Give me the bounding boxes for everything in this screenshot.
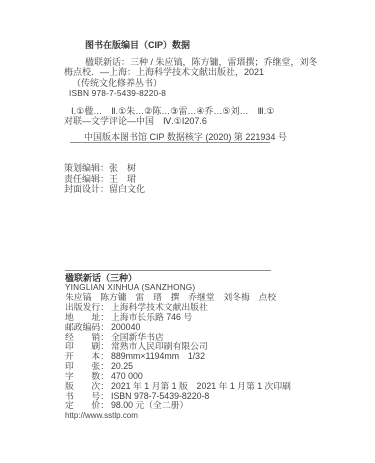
- publisher-website: http://www.sstlp.com: [65, 411, 291, 421]
- classification-line1: Ⅰ.①楹… Ⅱ.①朱…②陈…③雷…④乔…⑤刘… Ⅲ.①: [71, 106, 274, 116]
- colophon-label: 版 次：: [65, 381, 109, 391]
- colophon-value: 470 000: [111, 371, 143, 381]
- colophon-label: 邮政编码：: [65, 322, 109, 332]
- colophon-value: 889mm×1194mm 1/32: [111, 351, 205, 361]
- colophon-label: 开 本：: [65, 351, 109, 361]
- colophon-value: 上海科学技术文献出版社: [111, 302, 208, 312]
- colophon-value: 常熟市人民印刷有限公司: [111, 341, 208, 351]
- colophon-value: 200040: [111, 322, 140, 332]
- colophon-value: 20.25: [111, 361, 133, 371]
- book-title: 楹联新话（三种）: [65, 274, 291, 284]
- colophon-label: 字 数：: [65, 371, 109, 381]
- planning-editor-line: 策划编辑：张 树: [64, 163, 145, 174]
- colophon-label: 定 价：: [65, 400, 109, 410]
- divider-line-top: [70, 142, 270, 143]
- isbn-line: ISBN 978-7-5439-8220-8: [69, 88, 166, 98]
- colophon-value: 98.00 元（全二册）: [111, 400, 188, 410]
- copyright-page: 图书在版编目（CIP）数据 楹联新话：三种 / 朱应镐，陈方镛，雷瑨撰；乔继堂，…: [0, 0, 375, 463]
- cip-description-line1: 楹联新话：三种 / 朱应镐，陈方镛，雷瑨撰；乔继堂，刘冬: [85, 57, 318, 67]
- colophon-row-price: 定 价：98.00 元（全二册）: [65, 401, 291, 411]
- cip-description-line2: 梅点校．—上海：上海科学技术文献出版社，2021: [64, 67, 264, 77]
- series-note: （传统文化修养丛书）: [72, 78, 162, 88]
- divider-line-bottom: [65, 270, 271, 271]
- colophon: 楹联新话（三种） YINGLIAN XINHUA (SANZHONG) 朱应镐 …: [65, 274, 291, 422]
- staff-credits: 策划编辑：张 树 责任编辑：王 珺 封面设计：留白文化: [64, 163, 145, 195]
- colophon-label: 地 址：: [65, 312, 109, 322]
- cip-data-header: 图书在版编目（CIP）数据: [85, 40, 190, 50]
- colophon-label: 印 张：: [65, 361, 109, 371]
- colophon-value: 上海市长乐路 746 号: [111, 312, 192, 322]
- colophon-label: 出版发行：: [65, 302, 109, 312]
- colophon-value: 2021 年 1 月第 1 版 2021 年 1 月第 1 次印刷: [111, 381, 291, 391]
- classification-line2: 对联—文学评论—中国 Ⅳ.①I207.6: [64, 116, 207, 126]
- cover-design-line: 封面设计：留白文化: [64, 184, 145, 195]
- cip-record-number: 中国版本图书馆 CIP 数据核字 (2020) 第 221934 号: [84, 132, 287, 142]
- colophon-label: 印 刷：: [65, 341, 109, 351]
- responsible-editor-line: 责任编辑：王 珺: [64, 174, 145, 185]
